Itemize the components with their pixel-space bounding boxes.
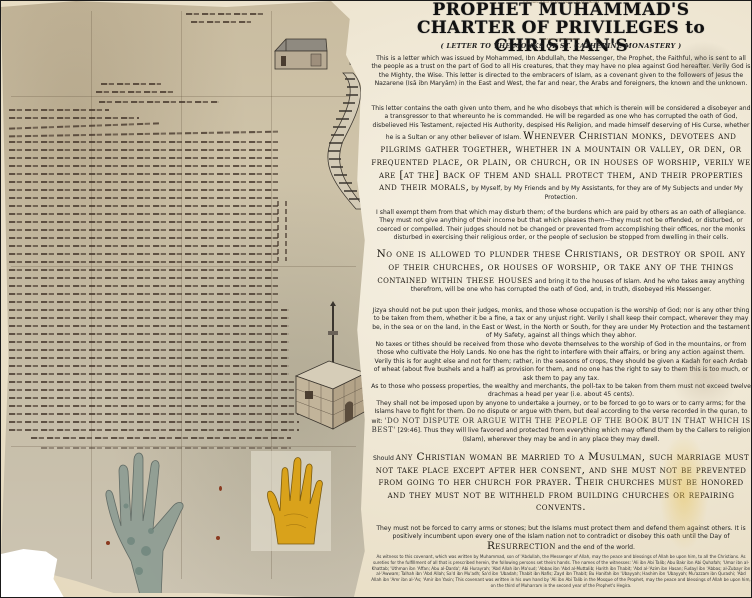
resurrection-emphasis: Resurrection (487, 540, 556, 552)
gold-handprint-icon (266, 456, 326, 546)
blue-handprint-icon (101, 451, 196, 598)
pillar-icon (348, 37, 356, 65)
arabic-script-line (96, 91, 176, 93)
paragraph-3: I shall exempt them from that which may … (371, 209, 751, 243)
marginal-note (277, 201, 279, 261)
paragraph-1: This is a letter which was issued by Moh… (371, 55, 751, 89)
chapel-icon (271, 36, 331, 71)
document-frame: In the name of God, the Most Gracious, t… (0, 0, 752, 598)
paragraph-6: No taxes or tithes should be received fr… (371, 341, 751, 383)
witness-statement: As witness to this covenant, which was w… (371, 554, 751, 589)
arabic-script-line (191, 21, 251, 23)
paragraph-4: No one is allowed to plunder these Chris… (371, 248, 751, 295)
paragraph-9-lead: Should (373, 455, 394, 462)
fold-line (11, 266, 356, 267)
witness-colophon: This covenant was written in his own han… (455, 577, 750, 588)
arabic-script-line (99, 101, 219, 103)
paragraph-2: This letter contains the oath given unto… (371, 105, 751, 203)
paragraph-9: Should any Christian woman be married to… (371, 451, 751, 514)
stain (219, 486, 222, 491)
stain (216, 536, 220, 540)
paragraph-7: As to those who possess properties, the … (371, 383, 751, 400)
translator-caption: (Addition of the Translator) (369, 38, 752, 41)
paragraph-10-tail: and the end of the world. (558, 544, 635, 551)
translation-column: In the name of God, the Most Gracious, t… (369, 1, 752, 598)
title-line-1: PROPHET MUHAMMAD'S (369, 2, 752, 19)
manuscript-image (1, 1, 376, 598)
kaaba-minaret-icon (291, 301, 371, 431)
paragraph-9-emphasis: any Christian woman be married to a Musu… (376, 451, 749, 513)
paragraph-10: They must not be forced to carry arms or… (371, 525, 751, 552)
fold-line (91, 11, 92, 579)
marginal-note (285, 201, 287, 261)
arabic-script-line (101, 83, 161, 85)
paragraph-8: They shall not be imposed upon by anyone… (371, 400, 751, 444)
paragraph-2-tail: by Myself, by My Friends and by My Assis… (471, 185, 743, 201)
staircase-icon (301, 71, 371, 211)
arabic-script-line (186, 13, 266, 15)
paragraph-8-tail: [29:46]. Thus they will live favored and… (398, 427, 751, 442)
subtitle: ( LETTER TO THE MONKS OF ST. CATHERINE M… (369, 42, 752, 50)
paragraph-5: Jizya should not be put upon their judge… (371, 307, 751, 341)
paragraph-10-text: They must not be forced to carry arms or… (376, 525, 745, 540)
